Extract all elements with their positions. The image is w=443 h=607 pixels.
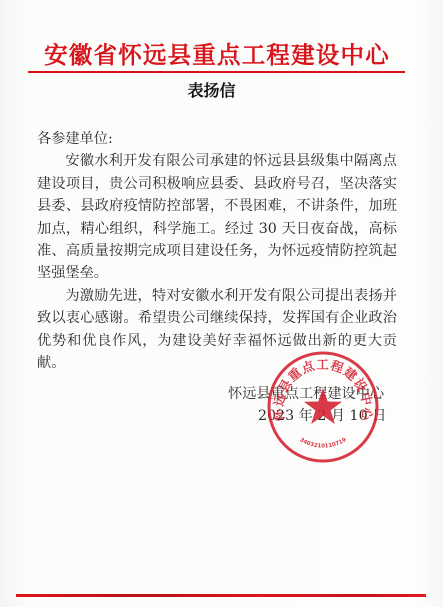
- salutation: 各参建单位:: [37, 128, 397, 150]
- official-seal-icon: 怀远县重点工程建设中心 3403210110719: [266, 350, 380, 464]
- svg-text:3403210110719: 3403210110719: [298, 437, 347, 450]
- seal-serial: 3403210110719: [298, 437, 347, 450]
- body-paragraph: 安徽水利开发有限公司承建的怀远县县级集中隔离点建设项目，贵公司积极响应县委、县政…: [37, 150, 397, 284]
- letter-page: 安徽省怀远县重点工程建设中心 表扬信 各参建单位: 安徽水利开发有限公司承建的怀…: [0, 0, 443, 607]
- footer-red-rule: [16, 594, 426, 597]
- letterhead-organization: 安徽省怀远县重点工程建设中心: [22, 36, 412, 70]
- letter-body: 各参建单位: 安徽水利开发有限公司承建的怀远县县级集中隔离点建设项目，贵公司积极…: [37, 128, 397, 374]
- letterhead-red-rule: [28, 71, 405, 73]
- document-title: 表扬信: [0, 78, 423, 101]
